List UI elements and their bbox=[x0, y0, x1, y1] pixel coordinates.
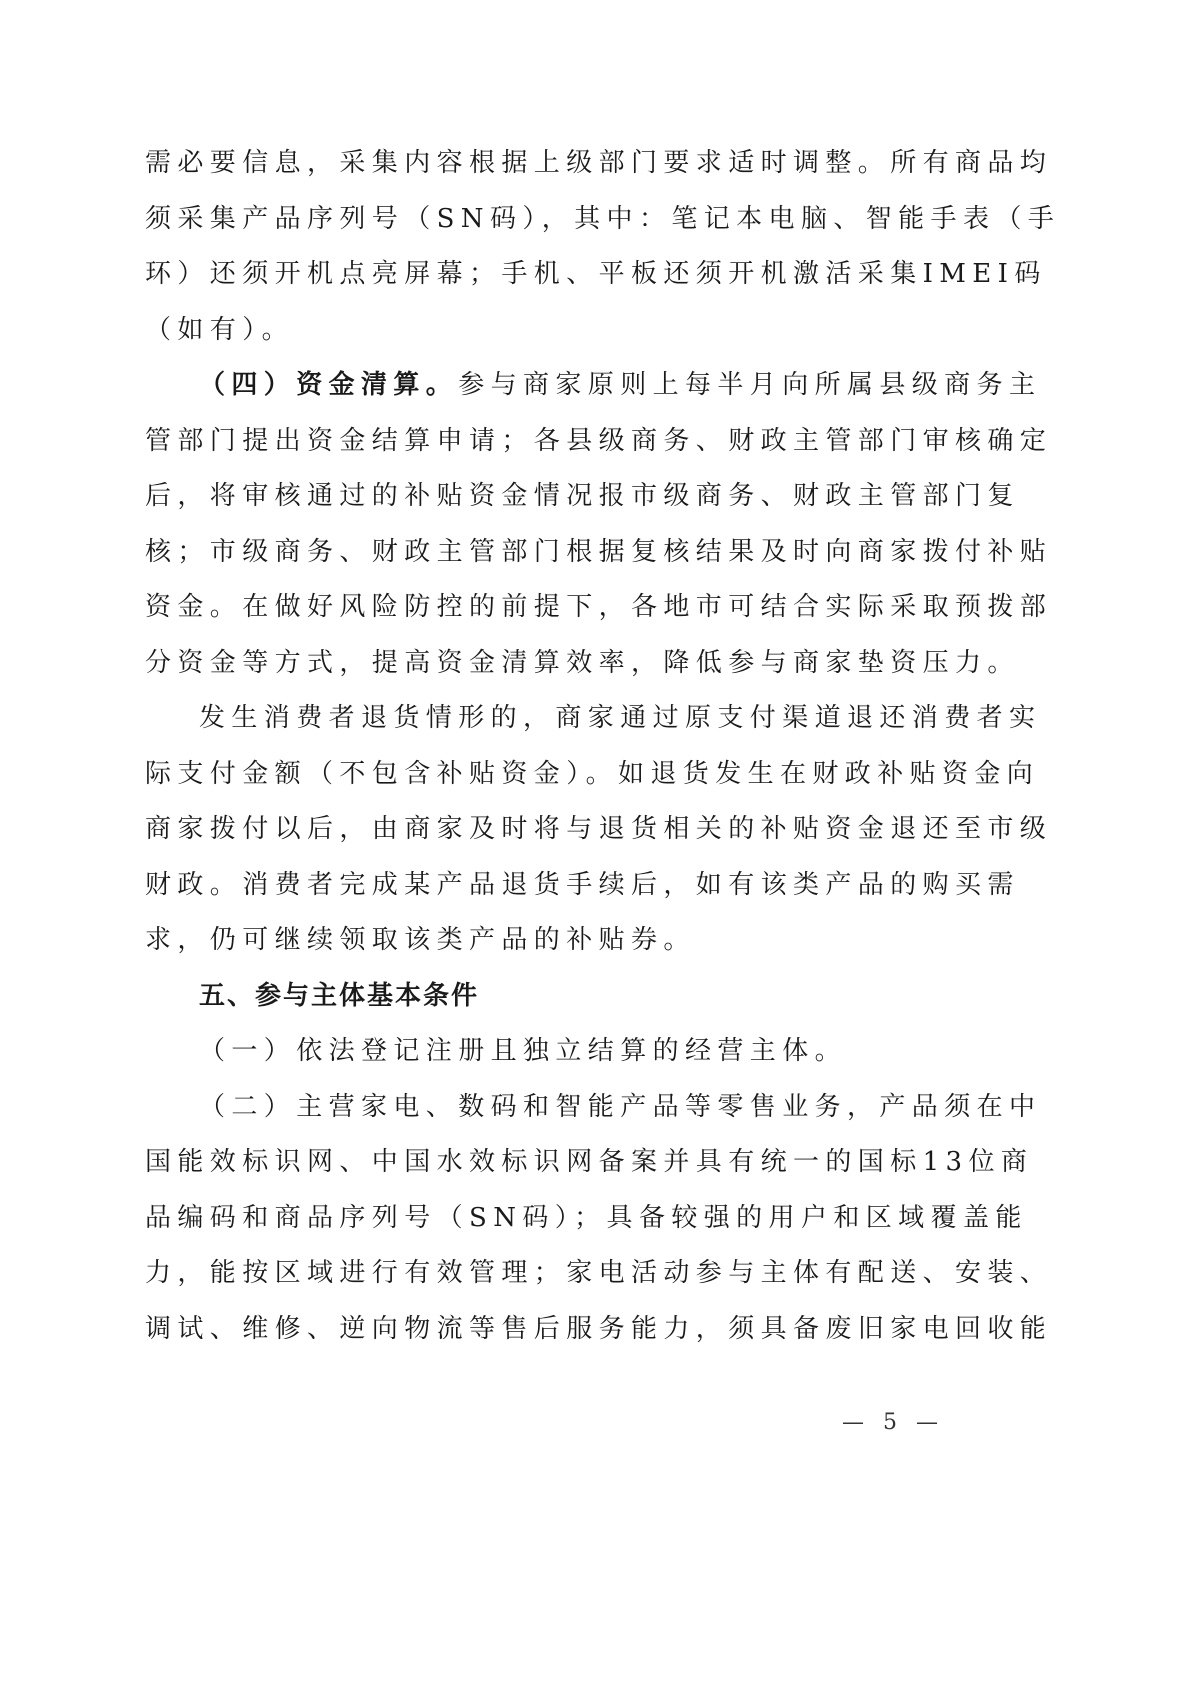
text-line: 调试、维修、逆向物流等售后服务能力，须具备废旧家电回收能 bbox=[145, 1302, 967, 1358]
text-line: 核；市级商务、财政主管部门根据复核结果及时向商家拨付补贴 bbox=[145, 525, 967, 581]
text-line: 后，将审核通过的补贴资金情况报市级商务、财政主管部门复 bbox=[145, 469, 967, 525]
text-line: 品编码和商品序列号（SN码）；具备较强的用户和区域覆盖能 bbox=[145, 1191, 967, 1247]
text-line: 际支付金额（不包含补贴资金）。如退货发生在财政补贴资金向 bbox=[145, 747, 967, 803]
text-line: 需必要信息，采集内容根据上级部门要求适时调整。所有商品均 bbox=[145, 136, 967, 192]
section-heading: 五、参与主体基本条件 bbox=[145, 969, 967, 1025]
text-line: （如有）。 bbox=[145, 303, 967, 359]
text-line: 发生消费者退货情形的，商家通过原支付渠道退还消费者实 bbox=[145, 691, 967, 747]
text-line: 财政。消费者完成某产品退货手续后，如有该类产品的购买需 bbox=[145, 858, 967, 914]
paragraph-fund-settlement: （四）资金清算。参与商家原则上每半月向所属县级商务主 管部门提出资金结算申请；各… bbox=[145, 358, 967, 691]
page-number: — 5 — bbox=[838, 1410, 948, 1435]
text-line: 求，仍可继续领取该类产品的补贴券。 bbox=[145, 913, 967, 969]
text-line: 力，能按区域进行有效管理；家电活动参与主体有配送、安装、 bbox=[145, 1246, 967, 1302]
document-page: 需必要信息，采集内容根据上级部门要求适时调整。所有商品均 须采集产品序列号（SN… bbox=[145, 136, 967, 1357]
paragraph-returns: 发生消费者退货情形的，商家通过原支付渠道退还消费者实 际支付金额（不包含补贴资金… bbox=[145, 691, 967, 969]
paragraph-info-collection: 需必要信息，采集内容根据上级部门要求适时调整。所有商品均 须采集产品序列号（SN… bbox=[145, 136, 967, 358]
text-line: 管部门提出资金结算申请；各县级商务、财政主管部门审核确定 bbox=[145, 414, 967, 470]
text-line: 分资金等方式，提高资金清算效率，降低参与商家垫资压力。 bbox=[145, 636, 967, 692]
list-item-2: （二）主营家电、数码和智能产品等零售业务，产品须在中 国能效标识网、中国水效标识… bbox=[145, 1080, 967, 1358]
text-line: 商家拨付以后，由商家及时将与退货相关的补贴资金退还至市级 bbox=[145, 802, 967, 858]
text-line: 国能效标识网、中国水效标识网备案并具有统一的国标13位商 bbox=[145, 1135, 967, 1191]
text-line: （四）资金清算。参与商家原则上每半月向所属县级商务主 bbox=[145, 358, 967, 414]
text-line: 须采集产品序列号（SN码），其中：笔记本电脑、智能手表（手 bbox=[145, 192, 967, 248]
list-item-1: （一）依法登记注册且独立结算的经营主体。 bbox=[145, 1024, 967, 1080]
subsection-lead: （四）资金清算。 bbox=[199, 370, 458, 400]
text-line: 环）还须开机点亮屏幕；手机、平板还须开机激活采集IMEI码 bbox=[145, 247, 967, 303]
text-line: 资金。在做好风险防控的前提下，各地市可结合实际采取预拨部 bbox=[145, 580, 967, 636]
text-run: 参与商家原则上每半月向所属县级商务主 bbox=[458, 370, 1041, 400]
text-line: （二）主营家电、数码和智能产品等零售业务，产品须在中 bbox=[145, 1080, 967, 1136]
